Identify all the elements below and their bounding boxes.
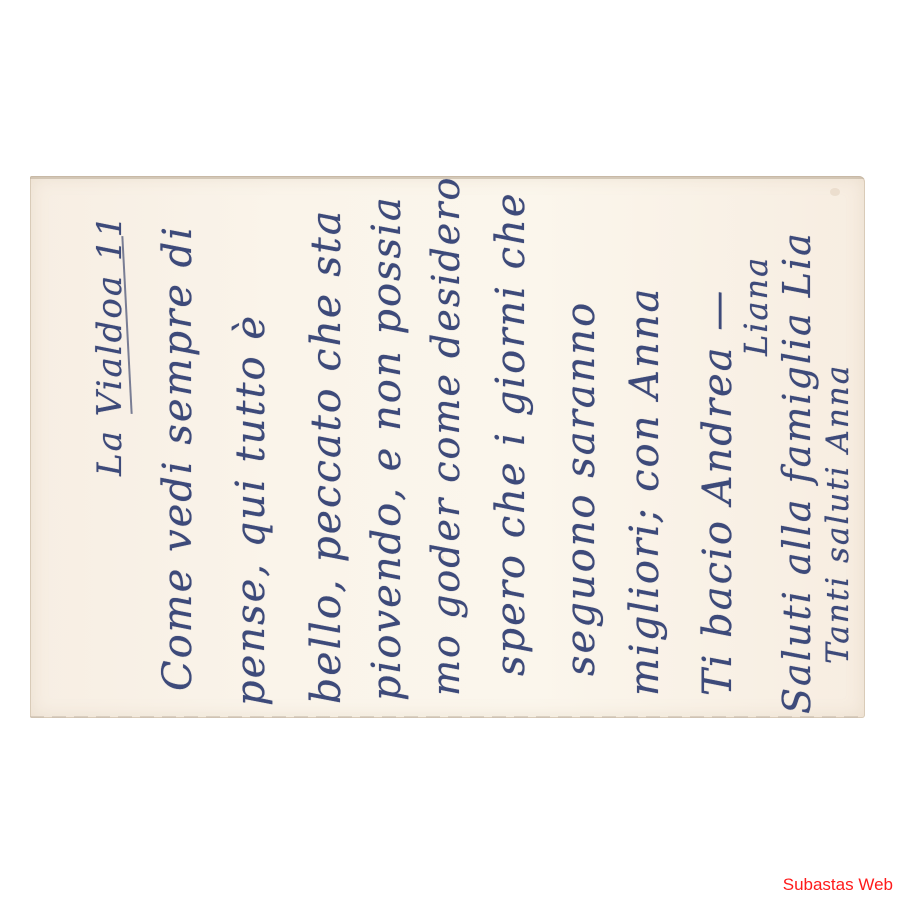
- message-line-8: migliori; con Anna: [622, 287, 668, 696]
- message-line-6: spero che i giorni che: [488, 192, 534, 677]
- signature-anna: Tanti saluti Anna: [820, 364, 856, 664]
- paper-stain: [830, 188, 840, 196]
- message-line-9: Ti bacio Andrea —: [695, 289, 741, 696]
- message-line-3: bello, peccato che sta: [302, 209, 350, 704]
- message-line-7: seguono saranno: [558, 301, 604, 676]
- message-line-5: mo goder come desidero: [424, 176, 468, 696]
- message-line-1: Come vedi sempre di: [155, 225, 201, 691]
- signature-liana: Liana: [737, 256, 775, 356]
- signature-lia: Saluti alla famiglia Lia: [775, 231, 819, 714]
- watermark-label: Subastas Web: [783, 875, 893, 895]
- message-line-4: piovendo, e non possia: [364, 195, 410, 701]
- message-line-2: pense, qui tutto è: [228, 314, 274, 706]
- postcard-back: La Vialdoa 11 Come vedi sempre di pense,…: [30, 176, 865, 718]
